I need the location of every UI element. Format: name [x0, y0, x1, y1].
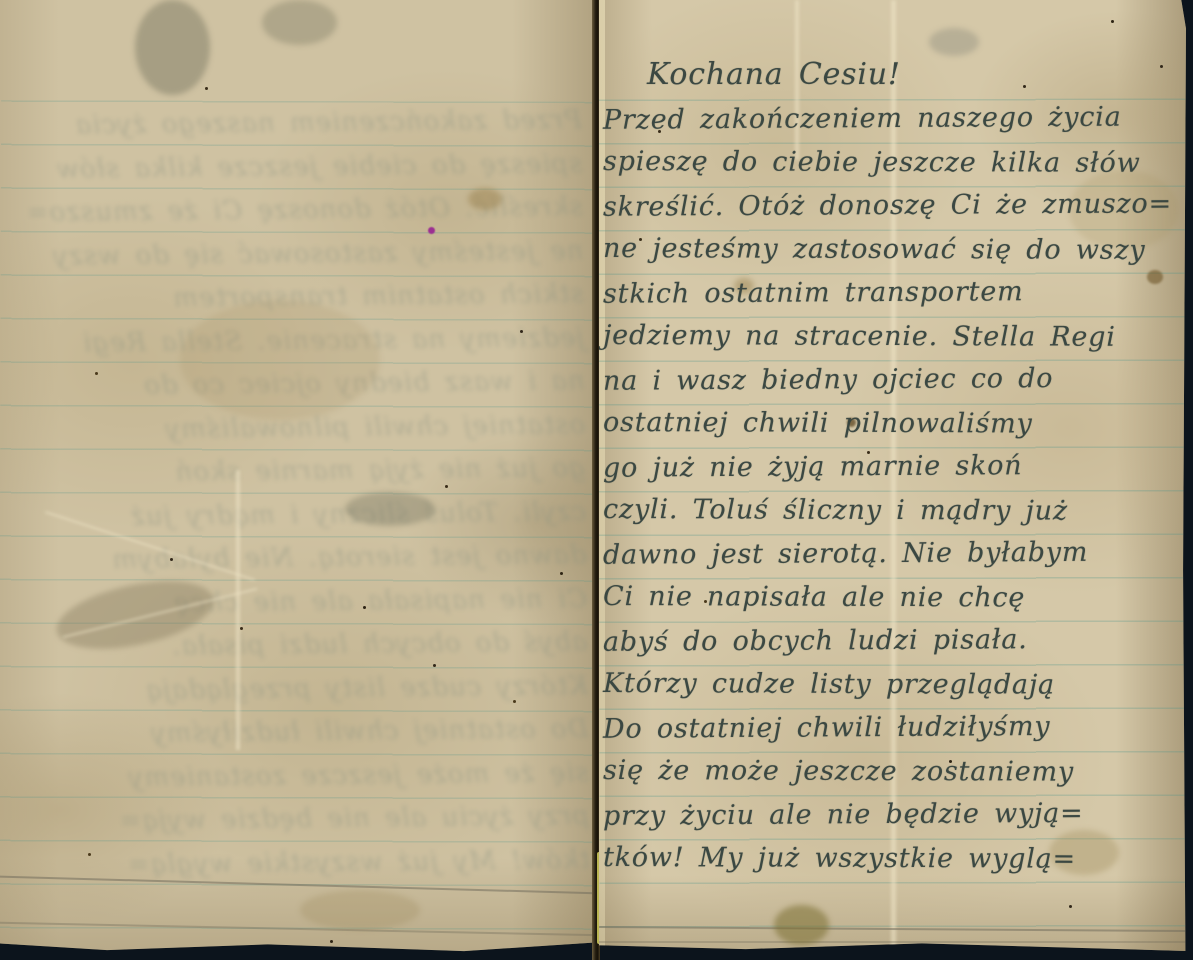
letter-line: spieszę do ciebie jeszcze kilka słów: [603, 145, 1183, 191]
letter-line: ne jesteśmy zastosować się do wszy: [603, 232, 1183, 278]
crease: [236, 470, 240, 750]
letter-text: Kochana Cesiu! Przed zakończeniem naszeg…: [603, 57, 1183, 886]
letter-line: Przed zakończeniem naszego życia: [603, 101, 1183, 148]
letter-line: ostatniej chwili pilnowaliśmy: [603, 406, 1183, 452]
stain: [135, 0, 210, 95]
letter-line: się że może jeszcze zostaniemy: [11, 757, 589, 807]
letter-line: Do ostatniej chwili łudziłyśmy: [10, 714, 588, 764]
page-fold: [592, 0, 600, 960]
letter-body: Przed zakończeniem naszego życiaspieszę …: [603, 103, 1183, 886]
letter-line: jedziemy na stracenie. Stella Regi: [603, 319, 1183, 365]
letter-salutation: Kochana Cesiu!: [603, 57, 1183, 103]
letter-line: tków! My już wszystkie wyglą=: [603, 841, 1183, 887]
stain: [774, 905, 829, 945]
ink-dot-purple: [428, 227, 435, 234]
letter-line: na i wasz biedny ojciec co do: [603, 362, 1183, 409]
stain: [345, 492, 435, 526]
stain: [300, 890, 420, 930]
paper-speck: [599, 0, 602, 3]
letter-line: przy życiu ale nie będzie wyją=: [11, 801, 589, 851]
stain: [468, 188, 502, 210]
letter-line: przy życiu ale nie będzie wyją=: [603, 797, 1183, 844]
letter-line: tków! My już wszystkie wyglą=: [12, 844, 590, 894]
letter-line: się że może jeszcze zostaniemy: [603, 754, 1183, 800]
letter-page-right: Kochana Cesiu! Przed zakończeniem naszeg…: [599, 0, 1186, 951]
letter-line: Do ostatniej chwili łudziłyśmy: [603, 710, 1183, 757]
stain: [929, 28, 979, 56]
stain: [180, 300, 380, 420]
paper-speck: [0, 0, 3, 3]
letter-line: skreślić. Otóż donoszę Ci że zmuszo=: [603, 188, 1183, 235]
stain: [262, 0, 337, 45]
letter-line: Którzy cudze listy przeglądają: [10, 670, 588, 720]
letter-line: Przed zakończeniem naszego życia: [4, 105, 582, 155]
letter-line: stkich ostatnim transportem: [603, 275, 1183, 322]
letter-scan: Przed zakończeniem naszego życiaspieszę …: [0, 0, 1193, 960]
letter-line: Ci nie napisała ale nie chcę: [603, 580, 1183, 626]
letter-line: ne jesteśmy zastosować się do wszy: [5, 235, 583, 285]
letter-line: go już nie żyją marnie skoń: [603, 449, 1183, 496]
letter-page-left: Przed zakończeniem naszego życiaspieszę …: [0, 0, 595, 953]
letter-line: go już nie żyją marnie skoń: [8, 453, 586, 503]
crease: [599, 941, 1186, 943]
letter-line: Którzy cudze listy przeglądają: [603, 667, 1183, 713]
letter-line: czyli. Toluś śliczny i mądry już: [8, 496, 586, 546]
bleedthrough-text: Przed zakończeniem naszego życiaspieszę …: [4, 105, 590, 894]
letter-line: dawno jest sierotą. Nie byłabym: [8, 540, 586, 590]
letter-line: abyś do obcych ludzi pisała.: [603, 623, 1183, 670]
letter-line: dawno jest sierotą. Nie byłabym: [603, 536, 1183, 583]
letter-line: czyli. Toluś śliczny i mądry już: [603, 493, 1183, 539]
